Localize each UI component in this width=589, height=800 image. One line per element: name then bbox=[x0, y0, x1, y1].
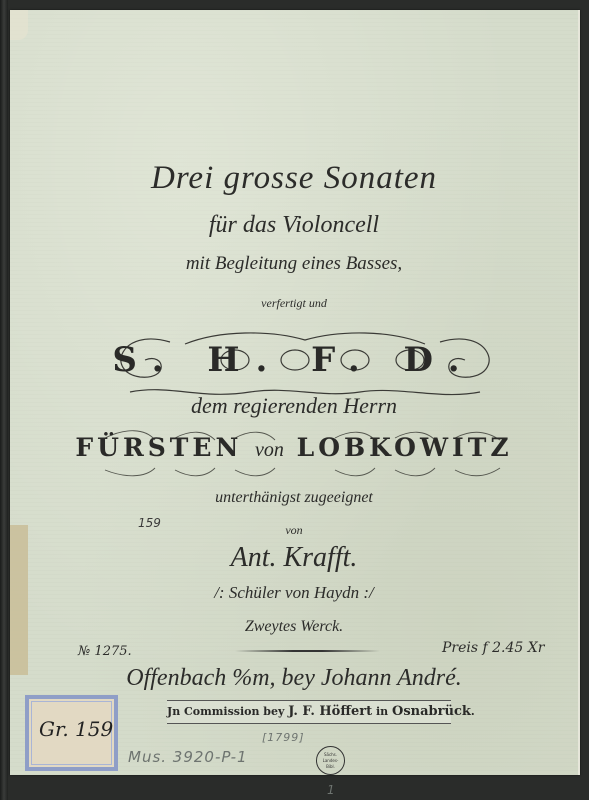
year-annotation: [1799] bbox=[262, 731, 305, 744]
composer-name: Ant. Krafft. bbox=[10, 542, 578, 574]
divider-rule bbox=[235, 650, 380, 652]
dedication-line: unterthänigst zugeeignet bbox=[10, 489, 578, 507]
dedicatee-title: FÜRSTEN bbox=[75, 433, 242, 462]
stamp-line-3: Bibl. bbox=[326, 764, 335, 770]
instrument-line: für das Violoncell bbox=[10, 212, 578, 239]
title-page: Drei grosse Sonaten für das Violoncell m… bbox=[10, 10, 580, 775]
composed-line: verfertigt und bbox=[10, 296, 578, 311]
page-number: 1 bbox=[327, 783, 335, 797]
dedicatee-von: von bbox=[255, 439, 284, 461]
commission-name: J. F. Höffert bbox=[288, 704, 372, 719]
accompaniment-line: mit Begleitung eines Basses, bbox=[10, 253, 578, 275]
publisher-line: Offenbach %m, bey Johann André. bbox=[10, 665, 578, 692]
plate-number: № 1275. bbox=[78, 644, 132, 659]
opus-line: Zweytes Werck. bbox=[10, 618, 578, 636]
library-label: Gr. 159 bbox=[25, 695, 118, 771]
dedicatee-surname: LOBKOWITZ bbox=[297, 433, 513, 462]
commission-city: Osnabrück bbox=[392, 704, 471, 719]
scan-edge bbox=[0, 0, 8, 800]
title: Drei grosse Sonaten bbox=[10, 160, 578, 197]
dedicatee-line: dem regierenden Herrn bbox=[10, 393, 578, 419]
dedicatee-name: FÜRSTEN von LOBKOWITZ bbox=[10, 433, 578, 462]
commission-suffix: . bbox=[471, 705, 475, 718]
label-text: Gr. 159 bbox=[39, 717, 113, 741]
commission-in: in bbox=[376, 705, 388, 718]
library-stamp-icon: Sächs. Landes- Bibl. bbox=[316, 746, 345, 775]
composer-note: /: Schüler von Haydn :/ bbox=[10, 583, 578, 603]
dedicatee-initials: S. H. F. D. bbox=[10, 340, 578, 380]
price: Preis f 2.45 Xr bbox=[442, 640, 544, 656]
commission-prefix: Jn Commission bey bbox=[167, 705, 284, 718]
folded-corner bbox=[10, 10, 28, 40]
shelf-mark: Mus. 3920-P-1 bbox=[128, 748, 248, 766]
commission-imprint: Jn Commission bey J. F. Höffert in Osnab… bbox=[167, 700, 451, 724]
by-line: von bbox=[10, 523, 578, 538]
